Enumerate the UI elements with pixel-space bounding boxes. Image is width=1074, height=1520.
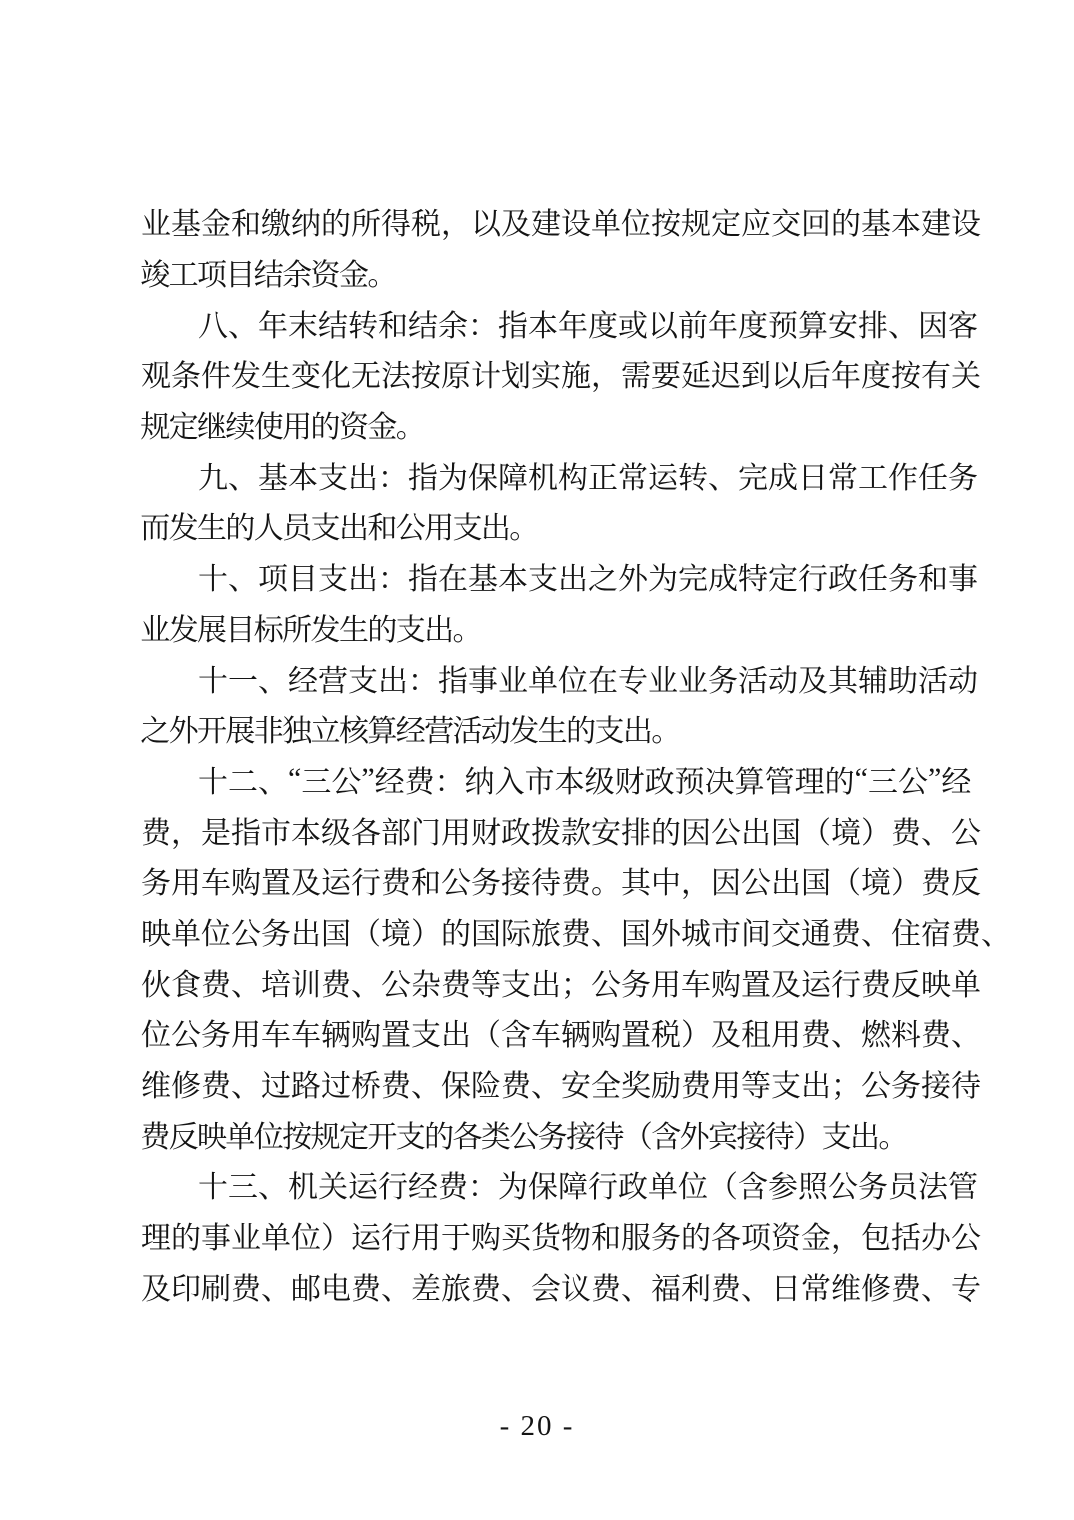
text-character: 用 <box>651 960 681 1004</box>
text-character: 算 <box>798 301 828 345</box>
text-character: 费 <box>891 1264 921 1308</box>
text-line: 九、基本支出：指为保障机构正常运转、完成日常工作任务 <box>141 449 937 500</box>
text-character: 年 <box>558 301 588 345</box>
text-character: 支 <box>771 1061 801 1105</box>
text-character: 纳 <box>291 199 321 243</box>
text-character: 运 <box>348 1162 378 1206</box>
text-character: 事 <box>201 1213 231 1257</box>
text-character: 日 <box>798 453 828 497</box>
text-line: 十三、机关运行经费：为保障行政单位（含参照公务员法管 <box>141 1159 937 1210</box>
text-character: 、 <box>261 1264 291 1308</box>
text-character: 外 <box>680 1112 708 1156</box>
text-character: 及 <box>291 858 321 902</box>
text-character: 购 <box>471 1213 501 1257</box>
text-character: 买 <box>501 1213 531 1257</box>
text-character: 出 <box>624 706 652 750</box>
text-character: 费 <box>141 1112 169 1156</box>
text-character: 。 <box>591 858 621 902</box>
text-character: 类 <box>482 1112 510 1156</box>
text-character: 外 <box>651 909 681 953</box>
text-character: 城 <box>681 909 711 953</box>
text-character: ， <box>831 1213 861 1257</box>
text-character: 用 <box>411 1213 441 1257</box>
text-character: 接 <box>737 1112 765 1156</box>
text-character: 构 <box>558 453 588 497</box>
text-character: 公 <box>741 858 771 902</box>
text-character: 公 <box>231 909 261 953</box>
text-character: 车 <box>261 1010 291 1054</box>
text-character: 境 <box>861 858 891 902</box>
text-character: 财 <box>471 808 501 852</box>
text-character: 的 <box>425 1112 453 1156</box>
text-character: 辆 <box>561 1010 591 1054</box>
text-character: 等 <box>741 1061 771 1105</box>
text-character: 出 <box>378 656 408 700</box>
text-character: 完 <box>738 453 768 497</box>
text-character: 、 <box>231 1061 261 1105</box>
text-character: 发 <box>169 605 197 649</box>
text-line: 八、年末结转和结余：指本年度或以前年度预算安排、因客 <box>141 297 937 348</box>
text-character: 差 <box>411 1264 441 1308</box>
text-character: 经 <box>288 656 318 700</box>
text-character: 印 <box>171 1264 201 1308</box>
text-character: 及 <box>711 1010 741 1054</box>
text-character: 过 <box>261 1061 291 1105</box>
text-character: 指 <box>408 453 438 497</box>
text-character: 、 <box>621 1264 651 1308</box>
text-character: 务 <box>888 554 918 598</box>
text-character: 预 <box>768 301 798 345</box>
text-character: 发 <box>231 351 261 395</box>
text-character: 含 <box>652 1112 680 1156</box>
text-character: 决 <box>705 757 735 801</box>
text-character: 住 <box>891 909 921 953</box>
text-line: 费反映单位按规定开支的各类公务接待（含外宾接待）支出。 <box>141 1108 937 1159</box>
text-character: 、 <box>888 301 918 345</box>
text-character: 用 <box>425 503 453 547</box>
text-character: 目 <box>226 250 254 294</box>
text-character: 费 <box>891 808 921 852</box>
text-character: 料 <box>891 1010 921 1054</box>
text-line: 务用车购置及运行费和公务接待费。其中，因公出国（境）费反 <box>141 855 937 906</box>
text-character: 映 <box>141 909 171 953</box>
text-character: 支 <box>528 554 558 598</box>
text-character: 结 <box>408 301 438 345</box>
text-character: 宾 <box>709 1112 737 1156</box>
text-character: 、 <box>228 554 258 598</box>
text-character: 回 <box>801 199 831 243</box>
text-character: 经 <box>941 757 971 801</box>
text-character: 支 <box>397 605 425 649</box>
text-character: 生 <box>340 605 368 649</box>
text-character: 国 <box>471 909 501 953</box>
text-character: 费 <box>921 1010 951 1054</box>
text-character: （ <box>351 909 381 953</box>
text-character: 年 <box>258 301 288 345</box>
text-character: 车 <box>681 960 711 1004</box>
text-character: 的 <box>831 199 861 243</box>
text-character: 原 <box>441 351 471 395</box>
text-character: 旅 <box>531 909 561 953</box>
text-character: 结 <box>318 301 348 345</box>
text-character: 资 <box>340 402 368 446</box>
text-character: 映 <box>921 960 951 1004</box>
text-character: 及 <box>771 960 801 1004</box>
text-character: 邮 <box>291 1264 321 1308</box>
text-character: 待 <box>951 1061 981 1105</box>
text-character: 定 <box>340 1112 368 1156</box>
text-character: 十 <box>198 554 228 598</box>
text-line: 及印刷费、邮电费、差旅费、会议费、福利费、日常维修费、专 <box>141 1260 937 1311</box>
text-character: 反 <box>169 1112 197 1156</box>
text-character: 指 <box>438 656 468 700</box>
text-character: 其 <box>621 858 651 902</box>
text-character: 完 <box>678 554 708 598</box>
text-character: 等 <box>471 960 501 1004</box>
text-character: 务 <box>471 858 501 902</box>
text-character: 建 <box>921 199 951 243</box>
text-character: 政 <box>828 554 858 598</box>
text-character: 标 <box>255 605 283 649</box>
text-line: 竣工项目结余资金。 <box>141 247 937 298</box>
text-character: 费 <box>561 858 591 902</box>
text-character: 费 <box>831 909 861 953</box>
text-character: 出 <box>741 808 771 852</box>
text-character: 务 <box>651 1213 681 1257</box>
text-character: 。 <box>453 605 481 649</box>
text-character: 会 <box>531 1264 561 1308</box>
text-character: 、 <box>708 453 738 497</box>
text-character: 划 <box>501 351 531 395</box>
text-character: 、 <box>981 909 1011 953</box>
text-character: 出 <box>771 858 801 902</box>
text-character: 因 <box>711 858 741 902</box>
text-character: 支 <box>318 453 348 497</box>
text-character: 修 <box>171 1061 201 1105</box>
text-character: 市 <box>525 757 555 801</box>
text-character: 生 <box>538 706 566 750</box>
text-character: 公 <box>331 757 361 801</box>
text-character: 租 <box>741 1010 771 1054</box>
text-character: 税 <box>411 199 441 243</box>
text-character: ” <box>361 762 374 796</box>
text-character: 全 <box>591 1061 621 1105</box>
text-character: 单 <box>648 1162 678 1206</box>
text-character: 是 <box>201 808 231 852</box>
text-character: 客 <box>948 301 978 345</box>
text-character: 为 <box>498 1162 528 1206</box>
text-character: 位 <box>201 909 231 953</box>
text-character: 桥 <box>351 1061 381 1105</box>
text-character: 年 <box>708 301 738 345</box>
text-character: 业 <box>141 605 169 649</box>
text-character: 为 <box>648 554 678 598</box>
text-character: 务 <box>261 909 291 953</box>
text-character: 费 <box>591 1264 621 1308</box>
text-character: 包 <box>861 1213 891 1257</box>
text-character: 、 <box>258 656 288 700</box>
text-character: 的 <box>681 1213 711 1257</box>
text-character: 运 <box>351 1213 381 1257</box>
text-character: 训 <box>291 960 321 1004</box>
text-character: 要 <box>651 351 681 395</box>
text-character: 交 <box>771 199 801 243</box>
text-character: 金 <box>201 199 231 243</box>
text-character: 务 <box>948 453 978 497</box>
text-character: “ <box>288 762 301 796</box>
text-character: 的 <box>368 605 396 649</box>
text-character: 变 <box>291 351 321 395</box>
text-character: 三 <box>868 757 898 801</box>
text-character: 施 <box>561 351 591 395</box>
text-character: 各 <box>453 1112 481 1156</box>
text-character: 本 <box>498 554 528 598</box>
text-character: 业 <box>648 656 678 700</box>
text-character: 业 <box>498 656 528 700</box>
text-character: 障 <box>558 1162 588 1206</box>
text-character: 关 <box>951 351 981 395</box>
text-character: 行 <box>798 554 828 598</box>
text-character: 本 <box>528 301 558 345</box>
text-character: 工 <box>858 453 888 497</box>
text-character: 费 <box>201 960 231 1004</box>
text-character: 经 <box>397 706 425 750</box>
text-character: 路 <box>291 1061 321 1105</box>
text-character: 度 <box>588 301 618 345</box>
text-character: 出 <box>348 453 378 497</box>
text-character: 和 <box>378 301 408 345</box>
text-character: 单 <box>171 909 201 953</box>
text-character: 发 <box>510 706 538 750</box>
text-character: 项 <box>258 554 288 598</box>
text-character: 理 <box>795 757 825 801</box>
text-character: 国 <box>801 858 831 902</box>
text-character: 货 <box>531 1213 561 1257</box>
text-character: 定 <box>169 402 197 446</box>
text-character: 一 <box>228 656 258 700</box>
text-character: 开 <box>198 706 226 750</box>
text-character: 本 <box>555 757 585 801</box>
text-character: 正 <box>588 453 618 497</box>
text-character: 本 <box>891 199 921 243</box>
text-character: 的 <box>311 402 339 446</box>
text-character: 支 <box>595 706 623 750</box>
text-character: 支 <box>453 503 481 547</box>
text-character: 定 <box>768 554 798 598</box>
text-character: 国 <box>771 808 801 852</box>
text-character: 以 <box>771 351 801 395</box>
text-character: 、 <box>861 909 891 953</box>
text-character: 通 <box>801 909 831 953</box>
text-character: 末 <box>288 301 318 345</box>
text-character: 购 <box>351 1010 381 1054</box>
text-character: 指 <box>231 808 261 852</box>
text-character: 、 <box>591 909 621 953</box>
text-character: 员 <box>283 503 311 547</box>
text-character: 维 <box>141 1061 171 1105</box>
text-character: 服 <box>621 1213 651 1257</box>
text-character: 使 <box>255 402 283 446</box>
text-character: 障 <box>498 453 528 497</box>
text-character: 置 <box>381 1010 411 1054</box>
text-character: 物 <box>561 1213 591 1257</box>
text-character: 管 <box>948 1162 978 1206</box>
text-character: 公 <box>441 858 471 902</box>
text-character: 置 <box>741 960 771 1004</box>
text-character: 应 <box>741 199 771 243</box>
text-character: 和 <box>591 1213 621 1257</box>
text-character: 车 <box>291 1010 321 1054</box>
text-character: ： <box>435 757 465 801</box>
text-character: 费 <box>441 960 471 1004</box>
text-character: 政 <box>645 757 675 801</box>
text-line: 维修费、过路过桥费、保险费、安全奖励费用等支出；公务接待 <box>141 1058 937 1109</box>
text-character: 活 <box>738 656 768 700</box>
text-character: 无 <box>351 351 381 395</box>
text-line: 映单位公务出国（境）的国际旅费、国外城市间交通费、住宿费、 <box>141 906 937 957</box>
text-character: 度 <box>738 301 768 345</box>
text-character: 杂 <box>411 960 441 1004</box>
text-character: （ <box>471 1010 501 1054</box>
text-character: 运 <box>801 960 831 1004</box>
text-character: 境 <box>831 808 861 852</box>
text-character: 用 <box>441 808 471 852</box>
text-character: 购 <box>711 960 741 1004</box>
text-character: 日 <box>771 1264 801 1308</box>
text-character: 排 <box>858 301 888 345</box>
text-character: 部 <box>381 808 411 852</box>
text-character: 十 <box>198 757 228 801</box>
text-character: ） <box>861 808 891 852</box>
text-character: 运 <box>648 453 678 497</box>
text-line: 业发展目标所发生的支出。 <box>141 602 937 653</box>
text-character: 和 <box>231 199 261 243</box>
text-character: （ <box>708 1162 738 1206</box>
text-character: 任 <box>858 554 888 598</box>
text-character: 需 <box>621 351 651 395</box>
text-character: （ <box>624 1112 652 1156</box>
text-character: 辆 <box>321 1010 351 1054</box>
text-character: 业 <box>231 1213 261 1257</box>
text-character: 观 <box>141 351 171 395</box>
text-character: 八 <box>198 301 228 345</box>
text-character: 续 <box>226 402 254 446</box>
text-line: 位公务用车车辆购置支出（含车辆购置税）及租用费、燃料费、 <box>141 1007 937 1058</box>
text-character: 出 <box>482 503 510 547</box>
text-character: 出 <box>340 503 368 547</box>
text-character: 按 <box>283 1112 311 1156</box>
text-character: ： <box>408 656 438 700</box>
document-page: 业基金和缴纳的所得税，以及建设单位按规定应交回的基本建设竣工项目结余资金。八、年… <box>0 0 1074 1520</box>
text-character: 而 <box>141 503 169 547</box>
text-character: 出 <box>851 1112 879 1156</box>
text-character: 费 <box>381 1061 411 1105</box>
text-character: 的 <box>226 503 254 547</box>
text-character: 行 <box>831 960 861 1004</box>
text-character: 项 <box>741 1213 771 1257</box>
text-character: 辅 <box>858 656 888 700</box>
text-character: 纳 <box>465 757 495 801</box>
text-character: ： <box>378 554 408 598</box>
text-character: 得 <box>381 199 411 243</box>
text-character: 排 <box>621 808 651 852</box>
text-character: ， <box>171 808 201 852</box>
text-character: 费 <box>681 1061 711 1105</box>
text-character: 迟 <box>711 351 741 395</box>
text-character: 费 <box>951 909 981 953</box>
text-character: 按 <box>651 199 681 243</box>
text-character: ） <box>681 1010 711 1054</box>
text-character: 以 <box>471 199 501 243</box>
text-character: 生 <box>261 351 291 395</box>
text-character: （ <box>801 808 831 852</box>
text-character: 的 <box>567 706 595 750</box>
text-character: 法 <box>381 351 411 395</box>
text-character: 费 <box>438 1162 468 1206</box>
text-character: 人 <box>255 503 283 547</box>
text-character: ） <box>891 858 921 902</box>
text-character: 级 <box>585 757 615 801</box>
text-character: 保 <box>468 453 498 497</box>
text-character: 。 <box>397 402 425 446</box>
text-character: 出 <box>291 909 321 953</box>
text-character: 公 <box>171 1010 201 1054</box>
text-character: 出 <box>531 960 561 1004</box>
text-character: 发 <box>311 605 339 649</box>
text-character: 务 <box>891 1061 921 1105</box>
text-character: 延 <box>681 351 711 395</box>
text-character: 因 <box>918 301 948 345</box>
text-character: ； <box>561 960 591 1004</box>
text-character: 和 <box>411 858 441 902</box>
text-character: 及 <box>141 1264 171 1308</box>
text-character: 、 <box>228 301 258 345</box>
text-character: 行 <box>588 1162 618 1206</box>
text-character: 件 <box>201 351 231 395</box>
text-character: 务 <box>141 858 171 902</box>
text-character: 市 <box>711 909 741 953</box>
text-character: 外 <box>618 554 648 598</box>
text-character: 单 <box>591 199 621 243</box>
text-character: 境 <box>381 909 411 953</box>
text-character: 费 <box>141 808 171 852</box>
text-character: 及 <box>798 656 828 700</box>
text-character: 机 <box>528 453 558 497</box>
text-character: 的 <box>321 199 351 243</box>
text-character: 基 <box>861 199 891 243</box>
text-character: 出 <box>348 554 378 598</box>
text-character: 规 <box>311 1112 339 1156</box>
text-character: 支 <box>318 554 348 598</box>
text-character: 维 <box>831 1264 861 1308</box>
text-character: 励 <box>651 1061 681 1105</box>
text-character: 金 <box>368 402 396 446</box>
text-character: 费 <box>471 1264 501 1308</box>
text-character: 指 <box>408 554 438 598</box>
text-character: 所 <box>351 199 381 243</box>
text-character: 设 <box>561 199 591 243</box>
text-character: 业 <box>678 656 708 700</box>
text-character: 动 <box>482 706 510 750</box>
page-number: - 20 - <box>0 1410 1074 1443</box>
text-line: 而发生的人员支出和公用支出。 <box>141 500 937 551</box>
text-character: ： <box>468 1162 498 1206</box>
text-character: 利 <box>681 1264 711 1308</box>
text-character: 营 <box>318 656 348 700</box>
text-character: 待 <box>766 1112 794 1156</box>
text-character: 按 <box>891 351 921 395</box>
text-character: 映 <box>198 1112 226 1156</box>
